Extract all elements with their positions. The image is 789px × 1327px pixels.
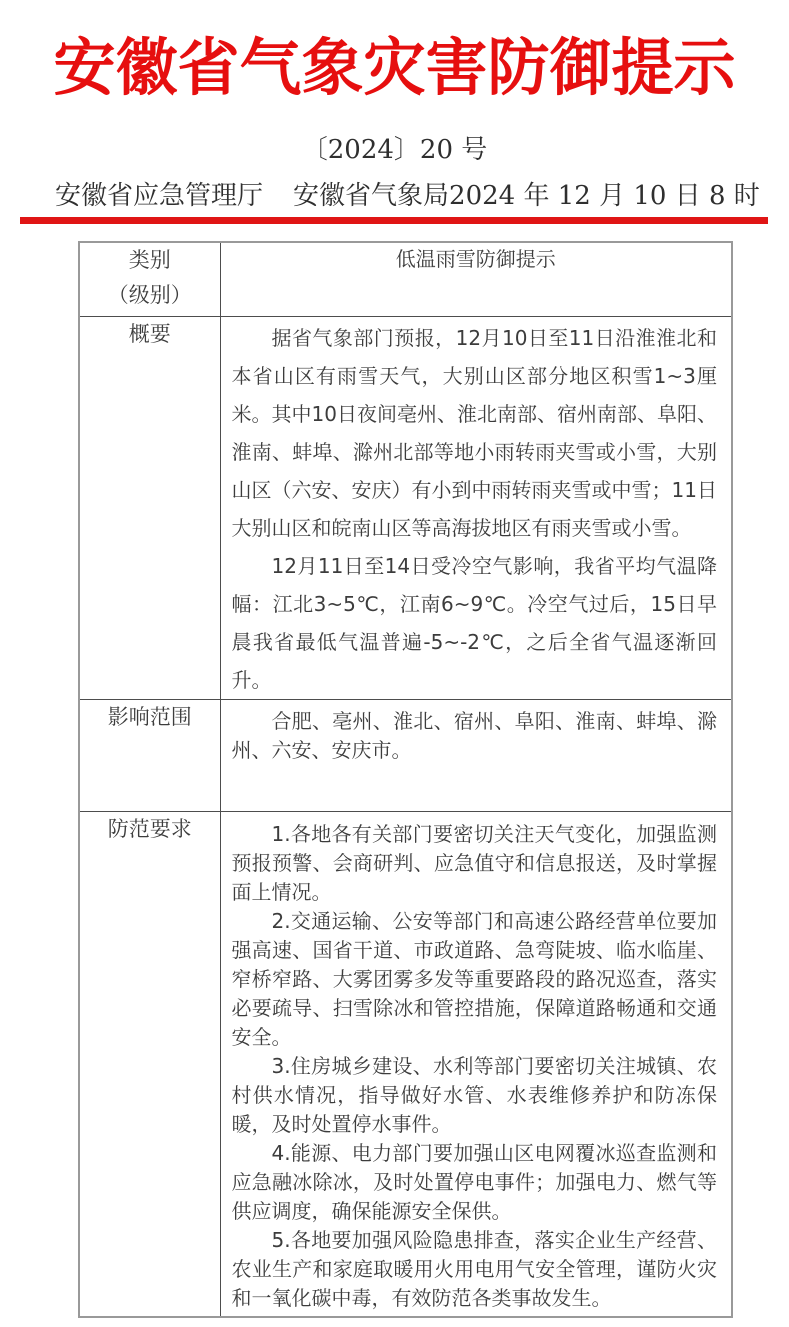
category-label-line1: 类别 [84,243,216,278]
issuer-meteorological-bureau: 安徽省气象局 [293,181,449,211]
measures-label-cell: 防范要求 [79,811,220,1317]
category-label-line2: （级别） [84,278,216,313]
measures-content-cell: 1.各地各有关部门要密切关注天气变化，加强监测预报预警、会商研判、应急值守和信息… [220,811,732,1317]
measures-item-1: 1.各地各有关部门要密切关注天气变化，加强监测预报预警、会商研判、应急值守和信息… [232,820,718,907]
summary-paragraph-2: 12月11日至14日受冷空气影响，我省平均气温降幅：江北3~5℃，江南6~9℃。… [232,547,718,699]
red-divider-rule [20,217,768,224]
scope-paragraph: 合肥、亳州、淮北、宿州、阜阳、淮南、蚌埠、滁州、六安、安庆市。 [232,707,718,765]
measures-item-2: 2.交通运输、公安等部门和高速公路经营单位要加强高速、国省干道、市政道路、急弯陡… [232,907,718,1052]
scope-content-cell: 合肥、亳州、淮北、宿州、阜阳、淮南、蚌埠、滁州、六安、安庆市。 [220,699,732,811]
scope-label-cell: 影响范围 [79,699,220,811]
category-header-cell: 类别 （级别） [79,242,220,316]
measures-item-3: 3.住房城乡建设、水利等部门要密切关注城镇、农村供水情况，指导做好水管、水表维修… [232,1052,718,1139]
content-title-cell: 低温雨雪防御提示 [220,242,732,316]
issuer-emergency-dept: 安徽省应急管理厅 [55,181,263,211]
measures-row: 防范要求 1.各地各有关部门要密切关注天气变化，加强监测预报预警、会商研判、应急… [79,811,732,1317]
summary-content-cell: 据省气象部门预报，12月10日至11日沿淮淮北和本省山区有雨雪天气，大别山区部分… [220,316,732,699]
issuers: 安徽省应急管理厅 安徽省气象局 [55,181,449,211]
measures-item-5: 5.各地要加强风险隐患排查，落实企业生产经营、农业生产和家庭取暖用火用电用气安全… [232,1226,718,1313]
document-number: 〔2024〕20 号 [0,133,789,167]
table-header-row: 类别 （级别） 低温雨雪防御提示 [79,242,732,316]
page-title: 安徽省气象灾害防御提示 [0,28,789,108]
summary-paragraph-1: 据省气象部门预报，12月10日至11日沿淮淮北和本省山区有雨雪天气，大别山区部分… [232,319,718,547]
summary-row: 概要 据省气象部门预报，12月10日至11日沿淮淮北和本省山区有雨雪天气，大别山… [79,316,732,699]
notice-table: 类别 （级别） 低温雨雪防御提示 概要 据省气象部门预报，12月10日至11日沿… [78,241,733,1318]
byline: 安徽省应急管理厅 安徽省气象局 2024 年 12 月 10 日 8 时 [55,181,745,211]
notice-document: 安徽省气象灾害防御提示 〔2024〕20 号 安徽省应急管理厅 安徽省气象局 2… [0,0,789,1327]
scope-row: 影响范围 合肥、亳州、淮北、宿州、阜阳、淮南、蚌埠、滁州、六安、安庆市。 [79,699,732,811]
issue-datetime: 2024 年 12 月 10 日 8 时 [449,181,760,211]
summary-label-cell: 概要 [79,316,220,699]
measures-item-4: 4.能源、电力部门要加强山区电网覆冰巡查监测和应急融冰除冰，及时处置停电事件；加… [232,1139,718,1226]
